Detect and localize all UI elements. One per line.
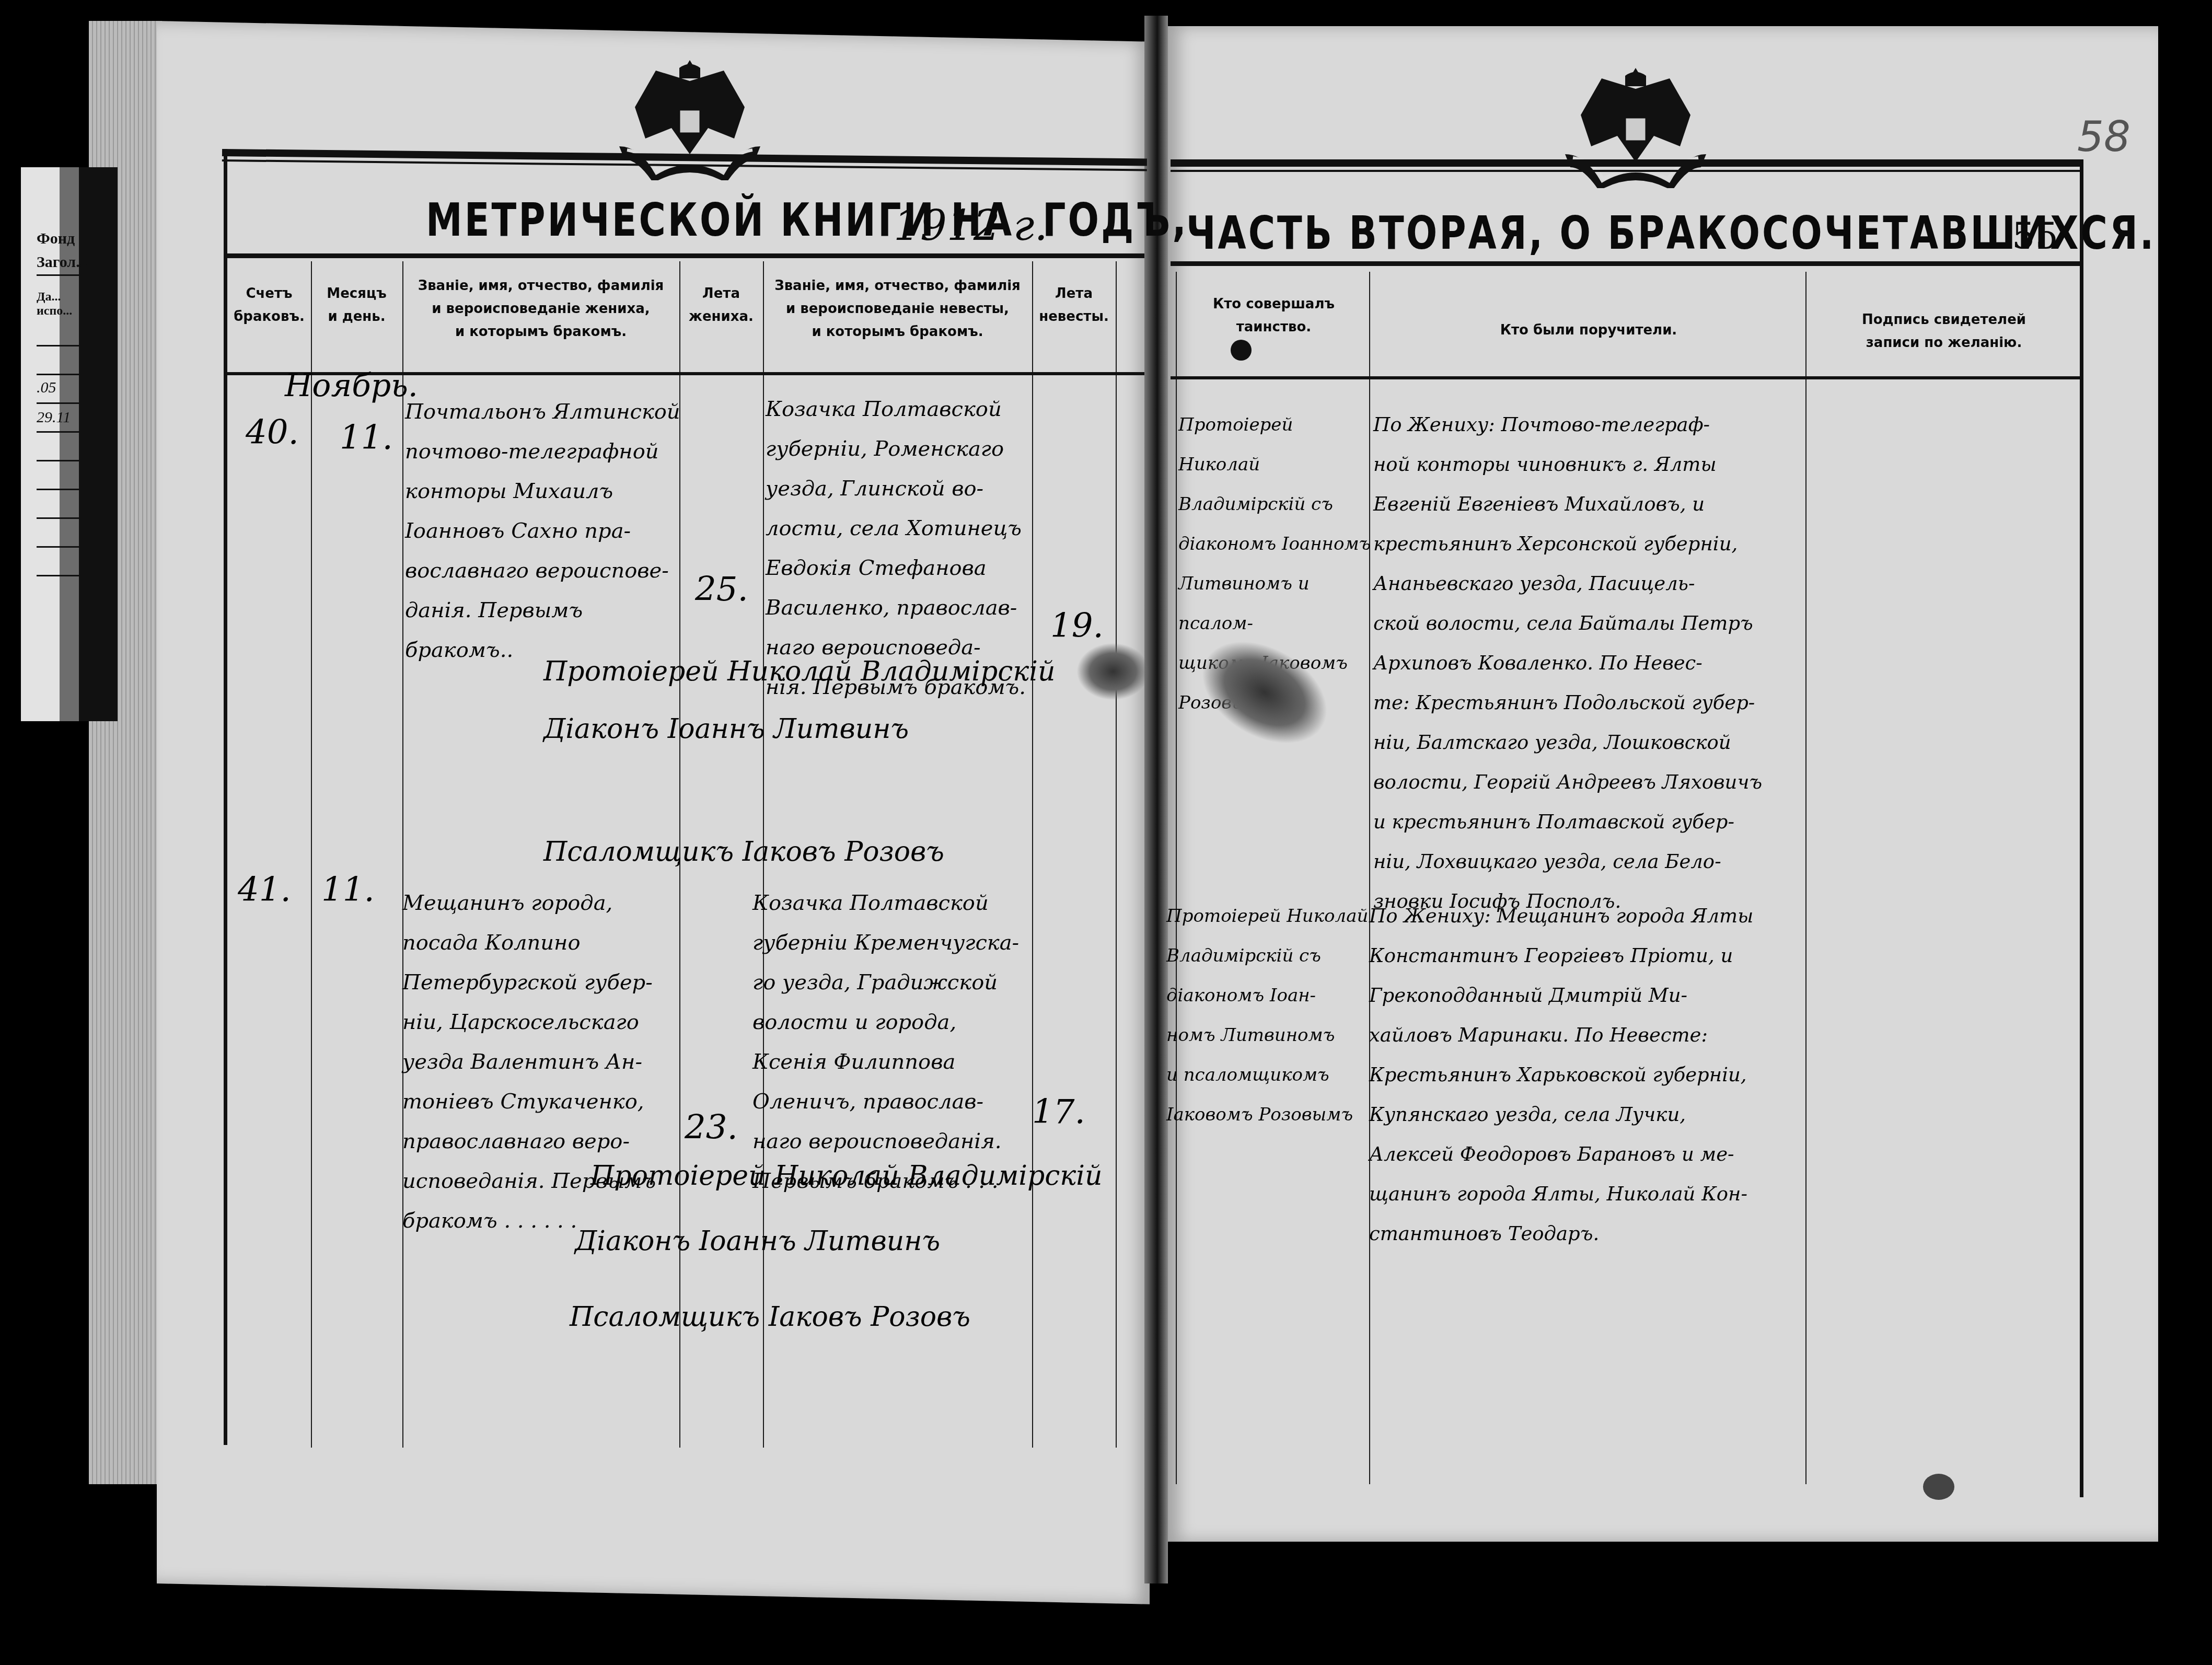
col-header-officiant: Кто совершалъ таинство. bbox=[1181, 293, 1366, 339]
column-divider bbox=[402, 261, 403, 1448]
title-left-end: ГОДЪ, bbox=[1043, 193, 1188, 247]
archive-tab-rule bbox=[37, 402, 110, 404]
header-rule bbox=[1171, 261, 2082, 266]
header-rule bbox=[225, 253, 1144, 258]
archive-tab-rule bbox=[37, 460, 110, 461]
groom-age: 23. bbox=[685, 1108, 738, 1148]
archive-tab-line: Фонд bbox=[37, 230, 75, 248]
title-right: ЧАСТЬ ВТОРАЯ, О БРАКОСОЧЕТАВШИХСЯ. bbox=[1186, 206, 2156, 260]
archive-tab-rule bbox=[37, 345, 110, 346]
bride-age: 17. bbox=[1032, 1092, 1085, 1132]
signature-psalmist: Псаломщикъ Іаковъ Розовъ bbox=[570, 1301, 970, 1333]
left-page bbox=[157, 21, 1150, 1604]
archive-tab-line: испо... bbox=[37, 304, 72, 318]
ink-blot bbox=[1923, 1474, 1954, 1500]
column-divider bbox=[1116, 261, 1117, 1448]
bride-age: 19. bbox=[1050, 606, 1104, 646]
archive-tab-rule bbox=[37, 517, 110, 519]
column-divider bbox=[311, 261, 312, 1448]
archive-tab-rule bbox=[37, 489, 110, 490]
archive-tab-rule bbox=[37, 575, 110, 576]
frame-right-border bbox=[2080, 159, 2083, 1497]
archive-tab-rule bbox=[37, 431, 110, 433]
folio-number-pencil: 58 bbox=[2077, 112, 2130, 161]
signature-deacon: Діаконъ Іоаннъ Литвинъ bbox=[543, 713, 909, 745]
entry-day: 11. bbox=[321, 870, 375, 910]
header-bottom-rule bbox=[1171, 376, 2082, 379]
col-header-marriage-count: Счетъ браковъ. bbox=[230, 282, 308, 328]
col-header-month-day: Месяцъ и день. bbox=[314, 282, 400, 328]
archive-tab-rule bbox=[37, 274, 110, 276]
archive-tab-line: Загол... bbox=[37, 253, 88, 271]
col-header-groom-age: Лета жениха. bbox=[682, 282, 760, 328]
col-header-groom: Званіе, имя, отчество, фамилія и вероисп… bbox=[405, 274, 677, 343]
page-number: 55 bbox=[2012, 214, 2058, 257]
archive-tab-rule bbox=[37, 374, 110, 375]
signature-protoiereus: Протоіерей Николай Владимірскій bbox=[590, 1160, 1102, 1192]
officiant: Протоіерей Николай Владимірскій съ діако… bbox=[1166, 896, 1375, 1135]
col-header-witness-signature: Подпись свидетелей записи по желанію. bbox=[1811, 308, 2077, 354]
bride-details: Козачка Полтавской губерніи Кременчугска… bbox=[752, 883, 1035, 1201]
frame-left-border bbox=[224, 149, 227, 1445]
archive-tab-line: .05 bbox=[37, 379, 56, 397]
year-handwritten: 1912 г. bbox=[894, 201, 1048, 250]
ink-blot bbox=[1231, 340, 1252, 361]
double-headed-eagle-crest-icon bbox=[1560, 57, 1711, 188]
entry-number: 40. bbox=[246, 413, 299, 453]
entry-number: 41. bbox=[238, 870, 291, 910]
signature-protoiereus: Протоіерей Николай Владимірскій bbox=[543, 656, 1055, 687]
archive-tab-line: 29.11 bbox=[37, 409, 71, 426]
col-header-bride-age: Лета невесты. bbox=[1035, 282, 1113, 328]
groom-age: 25. bbox=[695, 570, 748, 609]
sponsors: По Жениху: Почтово-телеграф- ной конторы… bbox=[1373, 405, 1812, 921]
col-header-bride: Званіе, имя, отчество, фамилія и вероисп… bbox=[766, 274, 1029, 343]
frame-top-rule bbox=[1171, 159, 2082, 167]
sponsors: По Жениху: Мещанинъ города Ялты Констант… bbox=[1369, 896, 1819, 1254]
entry-month: Ноябрь. bbox=[285, 366, 418, 406]
ink-stain bbox=[1076, 643, 1150, 700]
archive-tab-rule bbox=[37, 546, 110, 548]
archive-tab-line: Да... bbox=[37, 290, 61, 304]
col-header-sponsors: Кто были поручители. bbox=[1374, 319, 1803, 342]
groom-details: Почтальонъ Ялтинской почтово-телеграфной… bbox=[405, 392, 682, 670]
archive-label-tab: Фонд Загол... Да... испо... .05 29.11 bbox=[21, 167, 118, 721]
column-divider bbox=[1176, 272, 1177, 1484]
signature-psalmist: Псаломщикъ Іаковъ Розовъ bbox=[543, 836, 944, 868]
book-gutter bbox=[1144, 16, 1168, 1583]
signature-deacon: Діаконъ Іоаннъ Литвинъ bbox=[575, 1225, 940, 1257]
entry-day: 11. bbox=[340, 418, 393, 458]
